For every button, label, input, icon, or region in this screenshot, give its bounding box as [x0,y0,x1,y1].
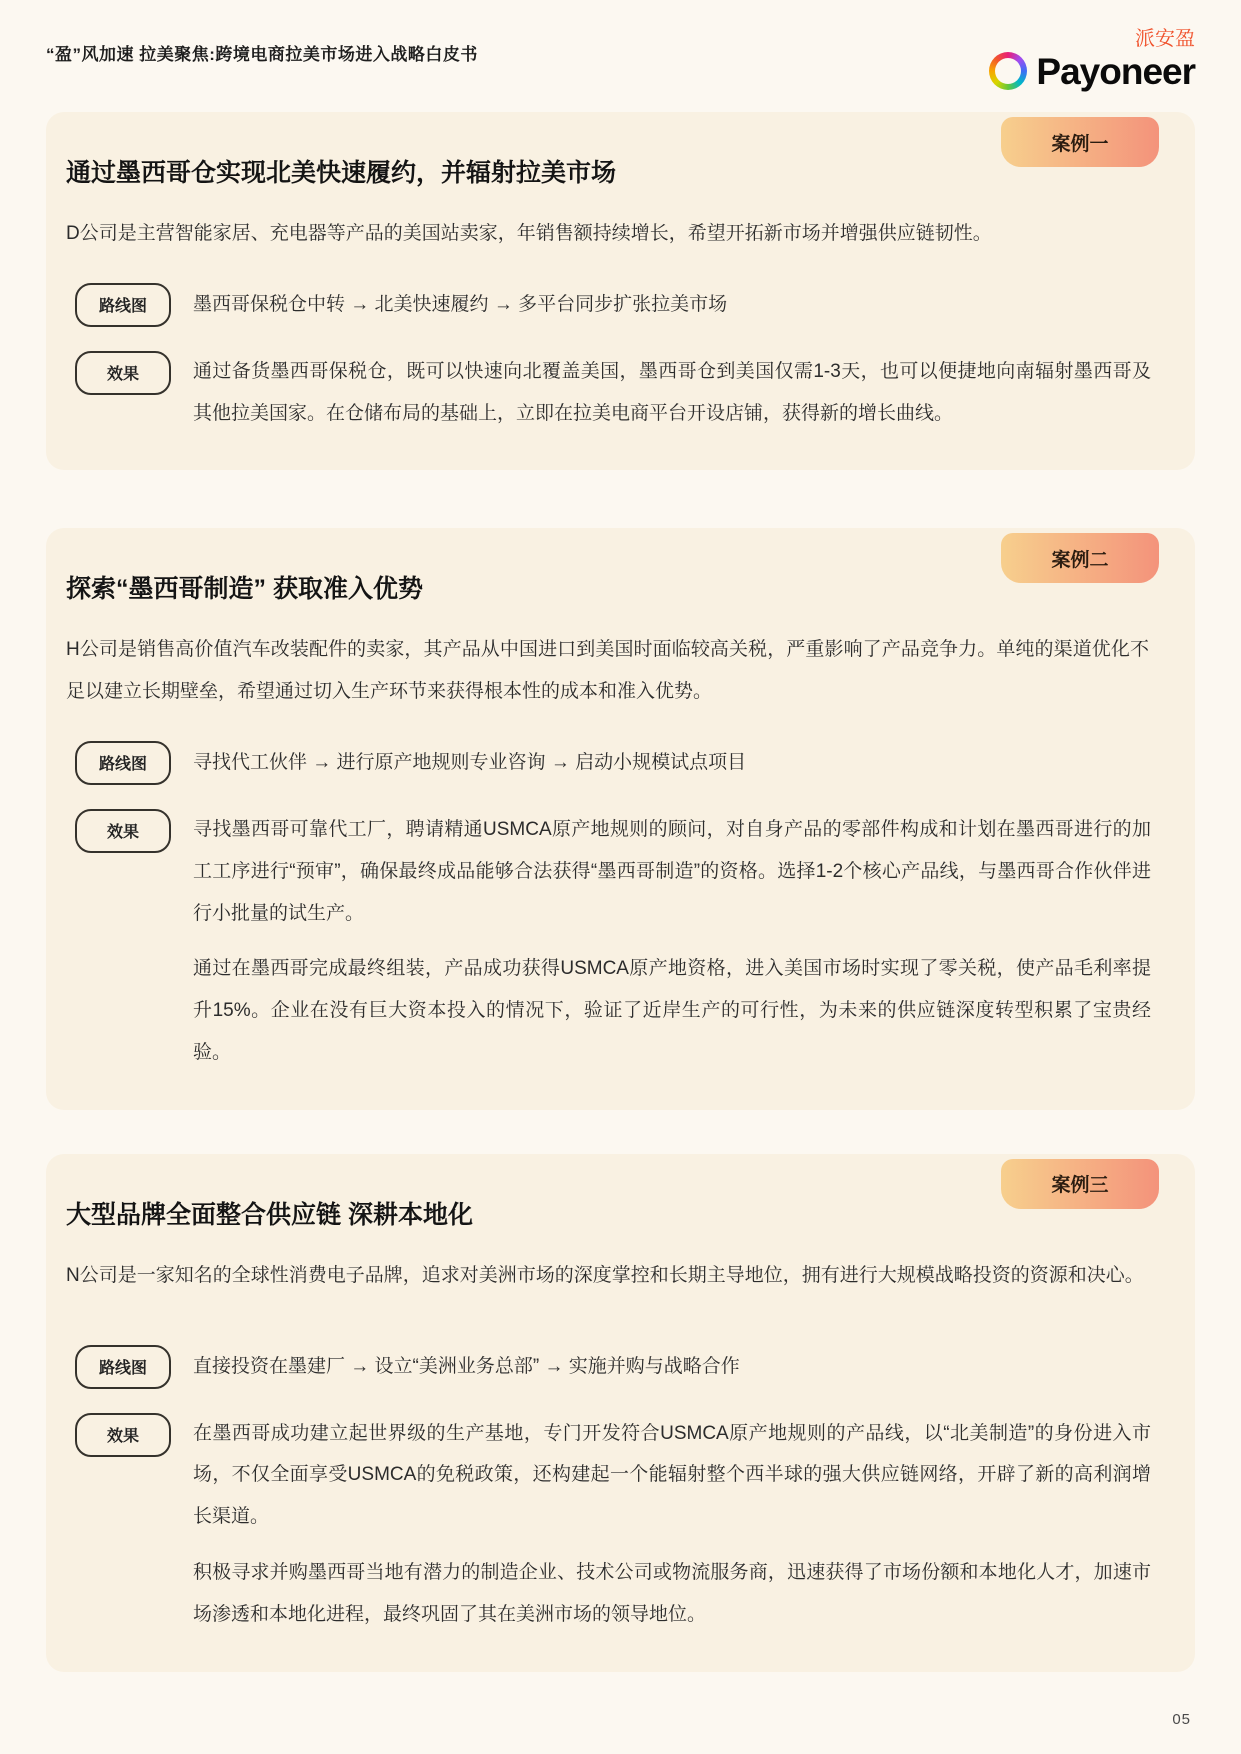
page-header: “盈”风加速 拉美聚焦:跨境电商拉美市场进入战略白皮书 派安盈 Payoneer [0,0,1241,90]
effect-pill: 效果 [75,1413,171,1457]
roadmap-row: 路线图 寻找代工伙伴 → 进行原产地规则专业咨询 → 启动小规模试点项目 [75,741,1155,785]
roadmap-pill: 路线图 [75,283,171,327]
case-card-3: 案例三 大型品牌全面整合供应链 深耕本地化 N公司是一家知名的全球性消费电子品牌… [46,1154,1195,1672]
effect-paragraph: 在墨西哥成功建立起世界级的生产基地，专门开发符合USMCA原产地规则的产品线，以… [193,1413,1151,1538]
effect-text: 在墨西哥成功建立起世界级的生产基地，专门开发符合USMCA原产地规则的产品线，以… [193,1413,1151,1636]
document-title: “盈”风加速 拉美聚焦:跨境电商拉美市场进入战略白皮书 [46,40,478,65]
page-number: 05 [1172,1711,1191,1728]
roadmap-pill: 路线图 [75,1345,171,1389]
payoneer-logo: 派安盈 Payoneer [989,22,1195,90]
case-card-1: 案例一 通过墨西哥仓实现北美快速履约，并辐射拉美市场 D公司是主营智能家居、充电… [46,112,1195,470]
case-cards: 案例一 通过墨西哥仓实现北美快速履约，并辐射拉美市场 D公司是主营智能家居、充电… [46,112,1195,1672]
roadmap-row: 路线图 墨西哥保税仓中转 → 北美快速履约 → 多平台同步扩张拉美市场 [75,283,1155,327]
effect-pill: 效果 [75,351,171,395]
case-badge: 案例一 [1001,117,1159,167]
brand-name-cn: 派安盈 [1135,22,1195,51]
effect-row: 效果 寻找墨西哥可靠代工厂，聘请精通USMCA原产地规则的顾问，对自身产品的零部… [75,809,1155,1074]
effect-paragraph: 积极寻求并购墨西哥当地有潜力的制造企业、技术公司或物流服务商，迅速获得了市场份额… [193,1552,1151,1636]
effect-text: 通过备货墨西哥保税仓，既可以快速向北覆盖美国，墨西哥仓到美国仅需1-3天，也可以… [193,351,1151,435]
brand-name: Payoneer [1036,53,1195,90]
case-title: 通过墨西哥仓实现北美快速履约，并辐射拉美市场 [66,156,1155,191]
case-title: 探索“墨西哥制造” 获取准入优势 [66,572,1155,607]
payoneer-ring-icon [989,52,1027,90]
whitepaper-page: “盈”风加速 拉美聚焦:跨境电商拉美市场进入战略白皮书 派安盈 Payoneer… [0,0,1241,1754]
case-title: 大型品牌全面整合供应链 深耕本地化 [66,1198,1155,1233]
effect-paragraph: 通过备货墨西哥保税仓，既可以快速向北覆盖美国，墨西哥仓到美国仅需1-3天，也可以… [193,351,1151,435]
case-body: D公司是主营智能家居、充电器等产品的美国站卖家，年销售额持续增长，希望开拓新市场… [66,213,1149,255]
roadmap-row: 路线图 直接投资在墨建厂 → 设立“美洲业务总部” → 实施并购与战略合作 [75,1345,1155,1389]
roadmap-text: 寻找代工伙伴 → 进行原产地规则专业咨询 → 启动小规模试点项目 [193,741,746,785]
case-badge: 案例二 [1001,533,1159,583]
effect-paragraph: 通过在墨西哥完成最终组装，产品成功获得USMCA原产地资格，进入美国市场时实现了… [193,948,1151,1073]
brand-row: Payoneer [989,52,1195,90]
roadmap-pill: 路线图 [75,741,171,785]
roadmap-text: 直接投资在墨建厂 → 设立“美洲业务总部” → 实施并购与战略合作 [193,1345,740,1389]
case-body: H公司是销售高价值汽车改装配件的卖家，其产品从中国进口到美国时面临较高关税，严重… [66,629,1149,713]
effect-pill: 效果 [75,809,171,853]
case-body: N公司是一家知名的全球性消费电子品牌，追求对美洲市场的深度掌控和长期主导地位，拥… [66,1255,1149,1297]
roadmap-text: 墨西哥保税仓中转 → 北美快速履约 → 多平台同步扩张拉美市场 [193,283,727,327]
effect-row: 效果 通过备货墨西哥保税仓，既可以快速向北覆盖美国，墨西哥仓到美国仅需1-3天，… [75,351,1155,435]
case-badge: 案例三 [1001,1159,1159,1209]
case-card-2: 案例二 探索“墨西哥制造” 获取准入优势 H公司是销售高价值汽车改装配件的卖家，… [46,528,1195,1109]
effect-text: 寻找墨西哥可靠代工厂，聘请精通USMCA原产地规则的顾问，对自身产品的零部件构成… [193,809,1151,1074]
effect-paragraph: 寻找墨西哥可靠代工厂，聘请精通USMCA原产地规则的顾问，对自身产品的零部件构成… [193,809,1151,934]
effect-row: 效果 在墨西哥成功建立起世界级的生产基地，专门开发符合USMCA原产地规则的产品… [75,1413,1155,1636]
